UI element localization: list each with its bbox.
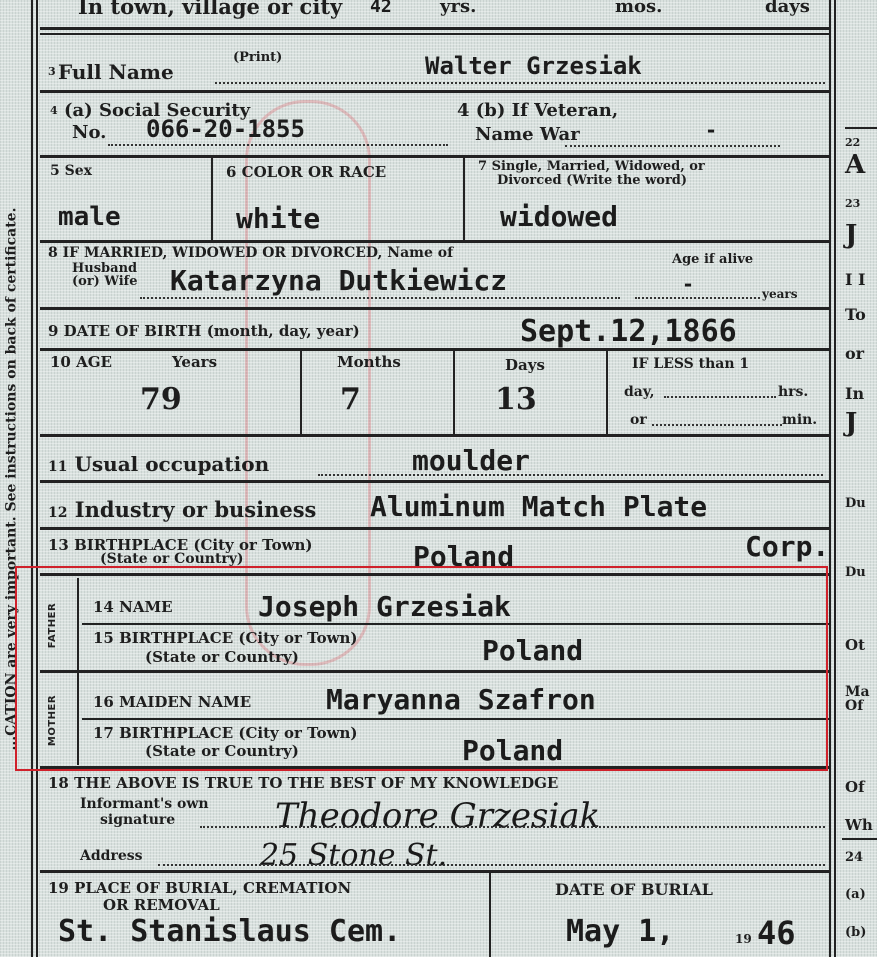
item-number: 19: [48, 879, 69, 897]
age-months-label: Months: [337, 353, 401, 371]
industry-label-text: Industry or business: [75, 497, 317, 522]
divider: [606, 350, 608, 436]
signature-label-line2: signature: [100, 812, 175, 828]
right-col-fragment: In: [845, 384, 864, 403]
item-number: 18: [48, 774, 69, 792]
right-col-fragment: I I: [845, 270, 866, 289]
item-number: 12: [48, 505, 67, 521]
dotted-line: [635, 297, 760, 299]
left-border-inner: [36, 0, 38, 957]
divider: [453, 350, 455, 436]
informant-address-value: 25 Stone St.: [260, 838, 447, 873]
dotted-line: [318, 474, 823, 476]
age-years-value: 79: [140, 382, 182, 417]
race-label: 6 COLOR OR RACE: [226, 163, 386, 181]
burial-year-prefix: 19: [735, 932, 752, 946]
occupation-label: 11 Usual occupation: [48, 452, 269, 476]
spouse-label-line1: 8 IF MARRIED, WIDOWED OR DIVORCED, Name …: [48, 245, 453, 261]
divider: [40, 27, 829, 30]
age-less-label: IF LESS than 1: [632, 356, 749, 372]
age-months-value: 7: [340, 382, 361, 417]
right-border-outer: [829, 0, 831, 957]
industry-value-line2: Corp.: [745, 530, 829, 563]
age-label: 10 AGE: [50, 353, 112, 371]
dotted-line: [158, 864, 825, 866]
residence-days-label: days: [765, 0, 810, 17]
address-label: Address: [80, 848, 143, 864]
divider: [40, 307, 829, 310]
dob-label: 9 DATE OF BIRTH (month, day, year): [48, 322, 360, 340]
spouse-label-husband-wife: Husband (or) Wife: [72, 262, 138, 288]
informant-statement-text: THE ABOVE IS TRUE TO THE BEST OF MY KNOW…: [74, 774, 558, 792]
veteran-label-line1: 4 (b) If Veteran,: [457, 100, 618, 121]
item-number: 11: [48, 459, 67, 475]
burial-place-value: St. Stanislaus Cem.: [58, 914, 401, 949]
highlight-box-parents: [15, 566, 828, 771]
residence-label: In town, village or city: [78, 0, 342, 19]
right-col-fragment: (b): [845, 925, 866, 940]
dotted-line: [565, 145, 780, 147]
right-col-fragment: Wh: [845, 816, 873, 834]
item-number: 13: [48, 536, 69, 554]
marital-label: 7 Single, Married, Widowed, or Divorced …: [478, 160, 705, 188]
marital-value: widowed: [500, 200, 618, 233]
divider: [40, 870, 829, 873]
birthplace-label-line2: (State or Country): [100, 551, 244, 567]
race-value: white: [236, 202, 320, 235]
informant-statement: 18 THE ABOVE IS TRUE TO THE BEST OF MY K…: [48, 774, 558, 792]
right-col-fragment: To: [845, 305, 866, 324]
age-less-or-label: or: [630, 412, 647, 428]
right-col-fragment: 23: [845, 197, 860, 210]
age-days-value: 13: [495, 382, 537, 417]
ssn-value: 066-20-1855: [146, 115, 305, 143]
age-less-hrs-label: hrs.: [778, 384, 808, 400]
age-years-label: Years: [172, 353, 217, 371]
divider: [211, 157, 213, 241]
full-name-print-hint: (Print): [233, 50, 282, 65]
spouse-age-unit: years: [762, 287, 797, 301]
right-col-fragment: Du: [845, 496, 866, 511]
burial-place-label-text: PLACE OF BURIAL, CREMATION: [74, 879, 351, 897]
dotted-line: [215, 82, 825, 84]
signature-label-line1: Informant's own: [80, 796, 209, 812]
industry-label: 12 Industry or business: [48, 497, 316, 522]
right-col-fragment: J: [845, 220, 857, 250]
divider: [40, 480, 829, 483]
divider: [845, 127, 877, 129]
margin-instructions: ...CATION are very important. See instru…: [0, 0, 26, 957]
divider: [300, 350, 302, 436]
right-col-fragment: or: [845, 344, 864, 363]
spouse-name-value: Katarzyna Dutkiewicz: [170, 264, 507, 297]
item-number: 9: [48, 322, 58, 340]
residence-mos-label: mos.: [615, 0, 662, 17]
burial-place-label-line2: OR REMOVAL: [103, 896, 220, 914]
age-label-text: AGE: [76, 353, 112, 371]
item-number: 10: [50, 353, 71, 371]
dotted-line: [140, 297, 620, 299]
burial-date-label: DATE OF BURIAL: [555, 880, 713, 899]
dotted-line: [664, 396, 776, 398]
burial-place-label-line1: 19 PLACE OF BURIAL, CREMATION: [48, 879, 351, 897]
full-name-value: Walter Grzesiak: [425, 52, 642, 80]
item-number: 8: [48, 245, 58, 261]
spouse-age-label: Age if alive: [672, 252, 753, 267]
age-less-day-label: day,: [624, 384, 655, 400]
dotted-line: [652, 424, 782, 426]
burial-date-value: May 1,: [566, 914, 674, 949]
right-col-fragment: 22: [845, 136, 860, 149]
item-number: 5: [50, 163, 60, 179]
right-col-fragment: Of: [845, 698, 863, 714]
divider: [40, 348, 829, 351]
right-col-fragment: J: [845, 408, 857, 438]
divider: [40, 33, 829, 35]
divider: [40, 240, 829, 243]
divider: [40, 155, 829, 158]
item-number: 7: [478, 159, 487, 174]
spouse-age-value: -: [682, 272, 694, 296]
age-less-min-label: min.: [782, 412, 817, 428]
divider: [463, 157, 465, 241]
industry-value-line1: Aluminum Match Plate: [370, 490, 707, 523]
veteran-value: -: [705, 118, 717, 142]
left-border-outer: [31, 0, 33, 957]
right-col-fragment: Du: [845, 565, 866, 580]
residence-yrs-label: yrs.: [440, 0, 476, 17]
age-days-label: Days: [505, 356, 545, 374]
dob-label-text: DATE OF BIRTH (month, day, year): [64, 322, 360, 340]
sex-label-text: Sex: [65, 163, 92, 179]
divider: [842, 838, 877, 840]
sex-label: 5 Sex: [50, 163, 92, 179]
dotted-line: [108, 144, 448, 146]
burial-year-value: 46: [757, 914, 796, 952]
wife-label: (or) Wife: [72, 275, 138, 288]
full-name-label: Full Name: [58, 60, 174, 84]
occupation-value: moulder: [412, 444, 530, 477]
right-col-fragment: (a): [845, 887, 866, 902]
informant-signature-value: Theodore Grzesiak: [275, 796, 600, 836]
divider: [40, 434, 829, 437]
divider: [40, 527, 829, 530]
residence-years-value: 42: [370, 0, 392, 17]
marital-label-line2: Divorced (Write the word): [478, 174, 705, 188]
spouse-label-line1-text: IF MARRIED, WIDOWED OR DIVORCED, Name of: [63, 245, 453, 261]
item-number: 3: [48, 65, 56, 78]
dob-value: Sept.12,1866: [520, 314, 737, 349]
occupation-label-text: Usual occupation: [74, 452, 269, 476]
divider: [489, 872, 491, 957]
divider: [40, 90, 829, 93]
right-col-fragment: A: [845, 150, 865, 180]
dotted-line: [200, 826, 825, 828]
right-col-fragment: 24: [845, 850, 863, 865]
ssn-label-line2: No.: [72, 122, 106, 143]
right-col-fragment: Ot: [845, 636, 865, 654]
right-col-fragment: Of: [845, 778, 865, 796]
sex-value: male: [58, 202, 121, 232]
race-label-text: COLOR OR RACE: [242, 163, 387, 181]
right-border-inner: [834, 0, 836, 957]
veteran-label-line2: Name War: [475, 124, 580, 145]
item-number: 6: [226, 163, 236, 181]
item-number: 4: [50, 104, 58, 117]
marital-label-line1: Single, Married, Widowed, or: [492, 159, 705, 174]
